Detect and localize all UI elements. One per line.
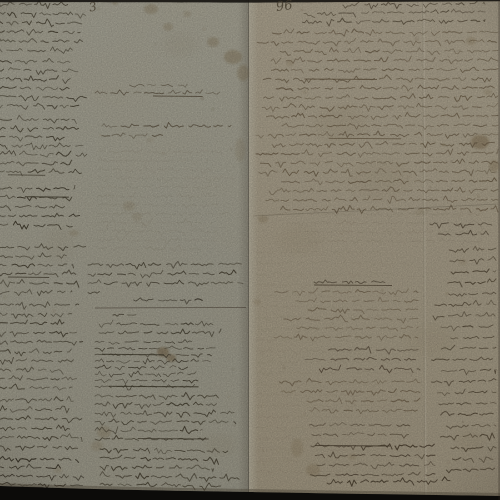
manuscript-artwork [0, 0, 500, 500]
left-page-number: 3 [88, 0, 98, 13]
vignette [0, 0, 500, 500]
right-page-number: 96 [275, 0, 293, 14]
manuscript-scan: 3 96 [0, 0, 500, 500]
